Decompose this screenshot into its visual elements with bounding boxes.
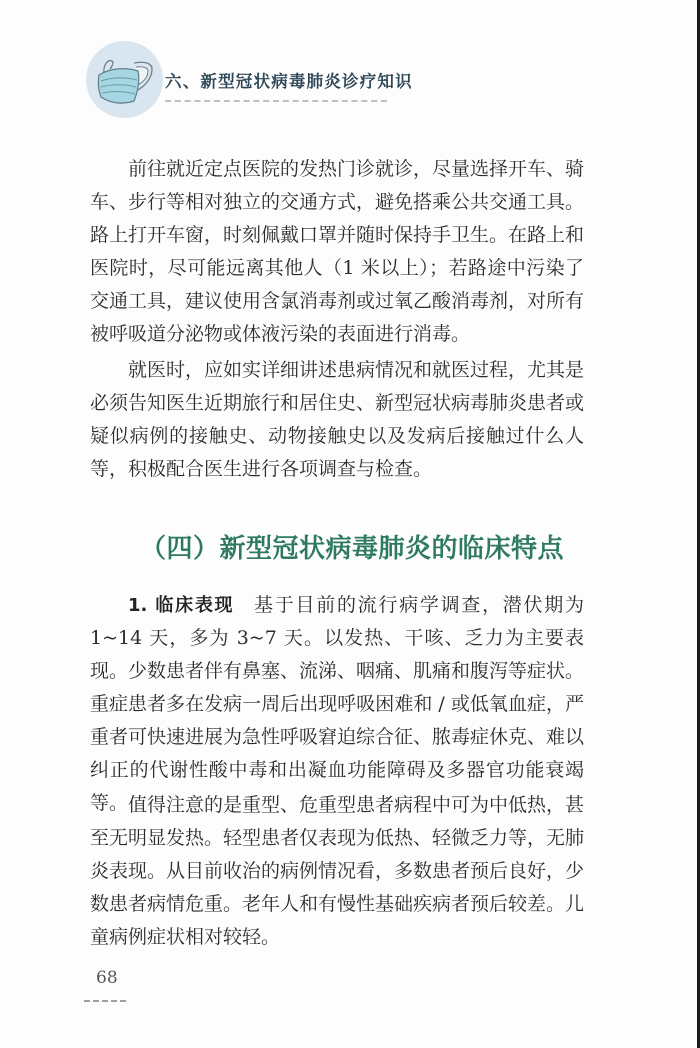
paragraph-severity-notes: 值得注意的是重型、危重型患者病程中可为中低热，甚至无明显发热。轻型患者仅表现为低… [90, 789, 584, 954]
subsection-label: 1. 临床表现 [128, 595, 234, 616]
paragraph-text: 值得注意的是重型、危重型患者病程中可为中低热，甚至无明显发热。轻型患者仅表现为低… [90, 789, 584, 954]
chapter-title: 六、新型冠状病毒肺炎诊疗知识 [165, 68, 413, 92]
face-mask-icon [86, 41, 163, 118]
page-number-divider [84, 1000, 126, 1002]
section-heading: （四）新型冠状病毒肺炎的临床特点 [140, 528, 564, 565]
paragraph-text: 前往就近定点医院的发热门诊就诊，尽量选择开车、骑车、步行等相对独立的交通方式，避… [90, 153, 584, 351]
chapter-title-divider [165, 100, 387, 102]
paragraph-text: 就医时，应如实详细讲述患病情况和就医过程，尤其是必须告知医生近期旅行和居住史、新… [90, 354, 584, 486]
paragraph-consultation: 就医时，应如实详细讲述患病情况和就医过程，尤其是必须告知医生近期旅行和居住史、新… [90, 354, 584, 486]
paragraph-clinical-manifestations: 1. 临床表现基于目前的流行病学调查，潜伏期为 1~14 天，多为 3~7 天。… [90, 589, 584, 820]
paragraph-text: 基于目前的流行病学调查，潜伏期为 1~14 天，多为 3~7 天。以发热、干咳、… [90, 594, 584, 814]
page-number: 68 [96, 968, 118, 988]
book-page: 六、新型冠状病毒肺炎诊疗知识 前往就近定点医院的发热门诊就诊，尽量选择开车、骑车… [0, 0, 700, 1048]
paragraph-travel-to-hospital: 前往就近定点医院的发热门诊就诊，尽量选择开车、骑车、步行等相对独立的交通方式，避… [90, 153, 584, 351]
